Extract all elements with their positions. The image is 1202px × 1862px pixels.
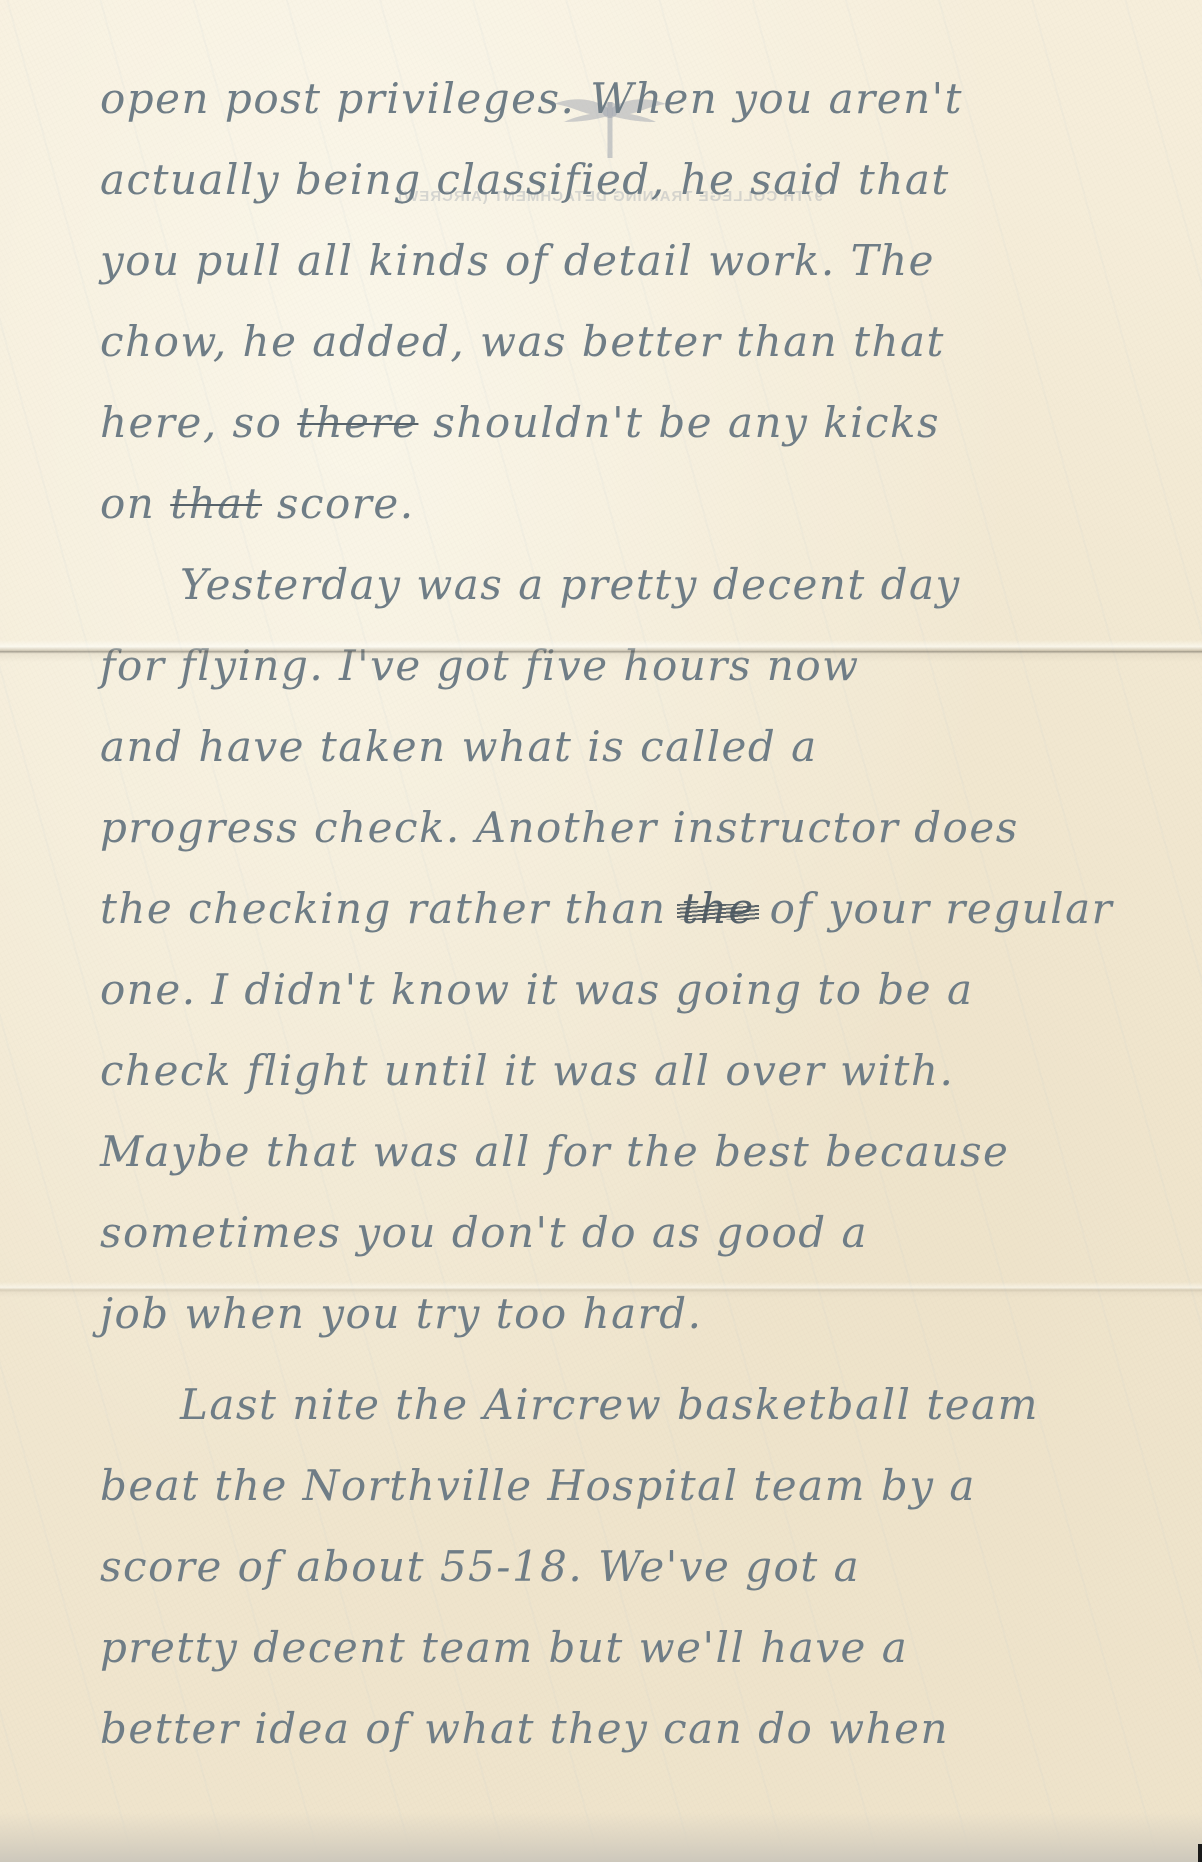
line-text: on <box>100 479 170 528</box>
struck-word: that <box>170 479 262 528</box>
letter-line: progress check. Another instructor does <box>100 787 1100 868</box>
scan-edge <box>1198 1844 1202 1862</box>
letter-line: here, so there shouldn't be any kicks <box>100 382 1100 463</box>
letter-line: actually being classified, he said that <box>100 139 1100 220</box>
letter-body: open post privileges. When you aren't ac… <box>100 58 1100 1769</box>
struck-word: there <box>297 398 418 447</box>
letter-line: for flying. I've got five hours now <box>100 625 1100 706</box>
letter-line: one. I didn't know it was going to be a <box>100 949 1100 1030</box>
line-text: the checking rather than <box>100 884 681 933</box>
letter-line: check flight until it was all over with. <box>100 1030 1100 1111</box>
letter-line: the checking rather than the of your reg… <box>100 868 1100 949</box>
paper-bottom-shadow <box>0 1812 1202 1862</box>
letter-line: Maybe that was all for the best because <box>100 1111 1100 1192</box>
letter-line: beat the Northville Hospital team by a <box>100 1445 1100 1526</box>
line-text: score. <box>262 479 415 528</box>
letter-line-paragraph-start: Last nite the Aircrew basketball team <box>100 1364 1100 1445</box>
letter-page: 97TH COLLEGE TRAINING DETACHMENT (AIRCRE… <box>0 0 1202 1862</box>
letter-line: sometimes you don't do as good a <box>100 1192 1100 1273</box>
line-text: of your regular <box>755 884 1113 933</box>
letter-line: you pull all kinds of detail work. The <box>100 220 1100 301</box>
letter-line: better idea of what they can do when <box>100 1688 1100 1769</box>
letter-line: and have taken what is called a <box>100 706 1100 787</box>
letter-line-paragraph-start: Yesterday was a pretty decent day <box>100 544 1100 625</box>
letter-line: on that score. <box>100 463 1100 544</box>
letter-line: score of about 55-18. We've got a <box>100 1526 1100 1607</box>
line-text: here, so <box>100 398 297 447</box>
letter-line: open post privileges. When you aren't <box>100 58 1100 139</box>
letter-line: pretty decent team but we'll have a <box>100 1607 1100 1688</box>
letter-line: chow, he added, was better than that <box>100 301 1100 382</box>
line-text: shouldn't be any kicks <box>418 398 940 447</box>
scribbled-out-word: the <box>681 868 754 949</box>
letter-line: job when you try too hard. <box>100 1273 1100 1354</box>
